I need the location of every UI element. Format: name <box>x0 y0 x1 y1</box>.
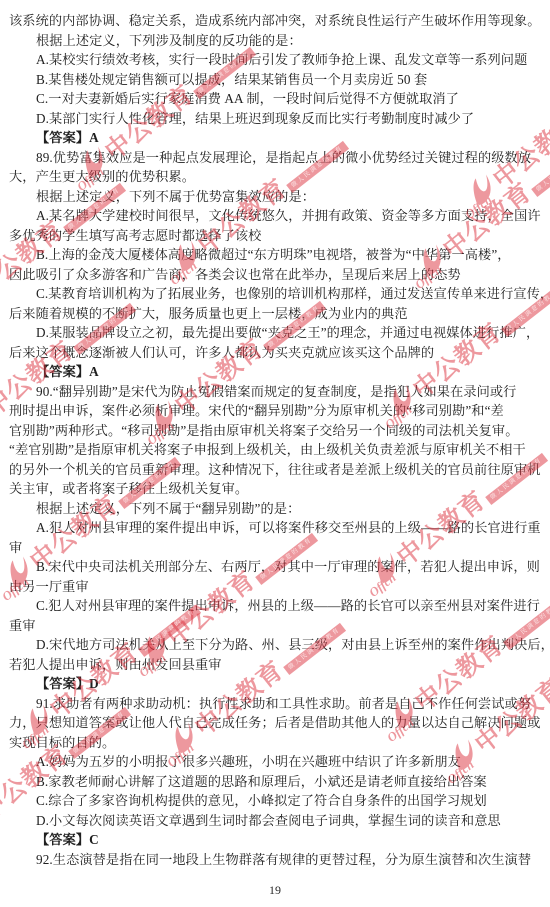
text-line: 根据上述定义，下列不属于“翻异别勘”的是： <box>9 499 544 519</box>
text-line: B.上海的金茂大厦楼体高度略微超过“东方明珠”电视塔，被誉为“中华第一高楼”， <box>9 245 544 265</box>
text-line: 91.求助者有两种求助动机：执行性求助和工具性求助。前者是自己不作任何尝试或努 <box>9 694 544 714</box>
text-line: C.犯人对州县审理的案件提出申诉，州县的上级——路的长官可以亲至州县对案件进行 <box>9 596 544 616</box>
text-line: B.家教老师耐心讲解了这道题的思路和原理后，小斌还是请老师直接给出答案 <box>9 772 544 792</box>
text-line: B.宋代中央司法机关刑部分左、右两厅，对其中一厅审理的案件，若犯人提出申诉，则 <box>9 557 544 577</box>
text-line: B.某售楼处规定销售额可以提成，结果某销售员一个月卖房近 50 套 <box>9 70 544 90</box>
text-line: 92.生态演替是指在同一地段上生物群落有规律的更替过程，分为原生演替和次生演替 <box>9 850 544 870</box>
text-line: 重审 <box>9 616 544 636</box>
text-line: A.犯人对州县审理的案件提出申诉，可以将案件移交至州县的上级——路的长官进行重 <box>9 518 544 538</box>
text-line: 后来随着规模的不断扩大，服务质量也更上一层楼，成为业内的典范 <box>9 304 544 324</box>
answer-line: 【答案】D <box>9 674 544 694</box>
page-text: 该系统的内部协调、稳定关系，造成系统内部冲突，对系统良性运行产生破坏作用等现象。… <box>9 11 544 869</box>
text-line: A.妈妈为五岁的小明报了很多兴趣班，小明在兴趣班中结识了许多新朋友 <box>9 752 544 772</box>
text-line: 刑时提出申诉，案件必须析审理。宋代的“翻异别勘”分为原审机关的“移司别勘”和“差 <box>9 401 544 421</box>
text-line: 大，产生更大级别的优势积累。 <box>9 167 544 187</box>
text-line: 由另一厅重审 <box>9 577 544 597</box>
text-line: A.某名牌大学建校时间很早，文化传统悠久，并拥有政策、资金等多方面支持，全国许 <box>9 206 544 226</box>
text-line: C.一对夫妻新婚后实行家庭消费 AA 制，一段时间后觉得不方便就取消了 <box>9 89 544 109</box>
text-line: C.综合了多家咨询机构提供的意见，小峰拟定了符合自身条件的出国学习规划 <box>9 791 544 811</box>
answer-line: 【答案】C <box>9 830 544 850</box>
answer-line: 【答案】A <box>9 362 544 382</box>
answer-line: 【答案】A <box>9 128 544 148</box>
text-line: 审 <box>9 538 544 558</box>
text-line: 多优秀的学生填写高考志愿时都选择了该校 <box>9 226 544 246</box>
document-page: 该系统的内部协调、稳定关系，造成系统内部冲突，对系统良性运行产生破坏作用等现象。… <box>0 0 550 907</box>
text-line: “差官别勘”是指原审机关将案子申报到上级机关，由上级机关负责差派与原审机关不相干 <box>9 440 544 460</box>
text-line: 力，只想知道答案或让他人代自己完成任务；后者是借助其他人的力量以达自己解决问题或 <box>9 713 544 733</box>
text-line: 的另外一个机关的官员重新审理。这种情况下，往往或者是差派上级机关的官员前往原审机 <box>9 460 544 480</box>
text-line: 根据上述定义，下列涉及制度的反功能的是： <box>9 31 544 51</box>
text-line: 后来这个概念逐渐被人们认可，许多人都认为买夹克就应该买这个品牌的 <box>9 343 544 363</box>
text-line: 该系统的内部协调、稳定关系，造成系统内部冲突，对系统良性运行产生破坏作用等现象。 <box>9 11 544 31</box>
text-line: 官别勘”两种形式。“移司别勘”是指由原审机关将案子交给另一个同级的司法机关复审。 <box>9 421 544 441</box>
text-line: D.某部门实行人性化管理，结果上班迟到现象反而比实行考勤制度时减少了 <box>9 109 544 129</box>
text-line: D.某服装品牌设立之初，最先提出要做“夹克之王”的理念，并通过电视媒体进行推广， <box>9 323 544 343</box>
text-line: 实现目标的目的。 <box>9 733 544 753</box>
text-line: 89.优势富集效应是一种起点发展理论，是指起点上的微小优势经过关键过程的级数放 <box>9 148 544 168</box>
text-line: 90.“翻异别勘”是宋代为防止冤假错案而规定的复查制度，是指犯人如果在录问或行 <box>9 382 544 402</box>
text-line: 关主审，或者将案子移往上级机关复审。 <box>9 479 544 499</box>
text-line: A.某校实行绩效考核，实行一段时间后引发了教师争抢上课、乱发文章等一系列问题 <box>9 50 544 70</box>
text-line: 因此吸引了众多游客和广告商，各类会议也常在此举办，呈现后来居上的态势 <box>9 265 544 285</box>
text-line: 若犯人提出申诉，则由州发回县重审 <box>9 655 544 675</box>
text-line: D.小文每次阅读英语文章遇到生词时都会查阅电子词典，掌握生词的读音和意思 <box>9 811 544 831</box>
text-line: D.宋代地方司法机关从上至下分为路、州、县三级，对由县上诉至州的案件作出判决后， <box>9 635 544 655</box>
text-line: C.某教育培训机构为了拓展业务，也像别的培训机构那样，通过发送宣传单来进行宣传， <box>9 284 544 304</box>
page-number: 19 <box>0 883 550 898</box>
text-line: 根据上述定义，下列不属于优势富集效应的是： <box>9 187 544 207</box>
